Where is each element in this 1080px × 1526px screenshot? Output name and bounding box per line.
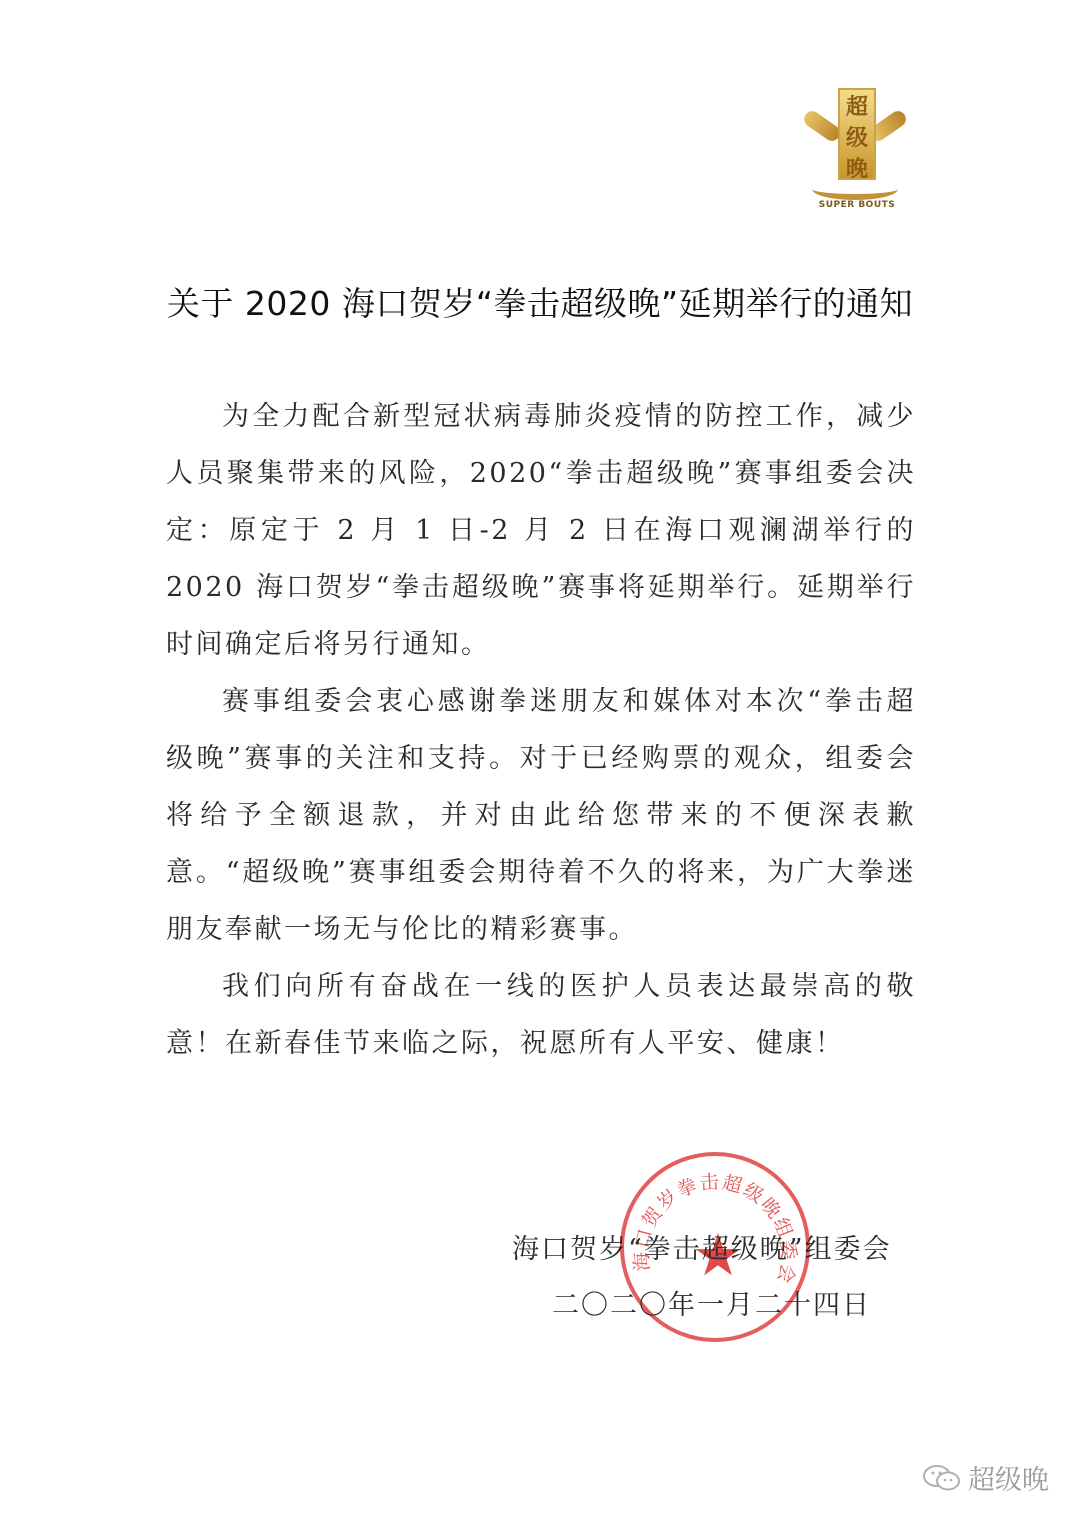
logo-plaque: 超 级 晚 [838, 88, 876, 180]
notice-body: 为全力配合新型冠状病毒肺炎疫情的防控工作，减少人员聚集带来的风险，2020“拳击… [166, 388, 916, 1072]
paragraph: 赛事组委会衷心感谢拳迷朋友和媒体对本次“拳击超级晚”赛事的关注和支持。对于已经购… [166, 673, 916, 958]
signature-block: 海口贺岁“拳击超级晚”组委会 二〇二〇年一月二十四日 [512, 1222, 932, 1334]
logo-char: 超 [846, 90, 868, 121]
super-bouts-logo: 超 级 晚 SUPER BOUTS [790, 78, 920, 218]
signature-organization: 海口贺岁“拳击超级晚”组委会 [512, 1222, 932, 1278]
logo-char: 级 [846, 121, 868, 152]
watermark-label: 超级晚 [968, 1458, 1049, 1497]
notice-title: 关于 2020 海口贺岁“拳击超级晚”延期举行的通知 [0, 278, 1080, 325]
logo-glove-left [801, 108, 843, 144]
wechat-watermark: 超级晚 [922, 1458, 1049, 1497]
signature-date: 二〇二〇年一月二十四日 [512, 1278, 932, 1334]
paragraph: 我们向所有奋战在一线的医护人员表达最崇高的敬意！在新春佳节来临之际，祝愿所有人平… [166, 958, 916, 1072]
paragraph: 为全力配合新型冠状病毒肺炎疫情的防控工作，减少人员聚集带来的风险，2020“拳击… [166, 388, 916, 673]
wechat-icon [922, 1464, 962, 1492]
logo-caption: SUPER BOUTS [812, 200, 902, 210]
logo-swoosh [812, 178, 898, 200]
